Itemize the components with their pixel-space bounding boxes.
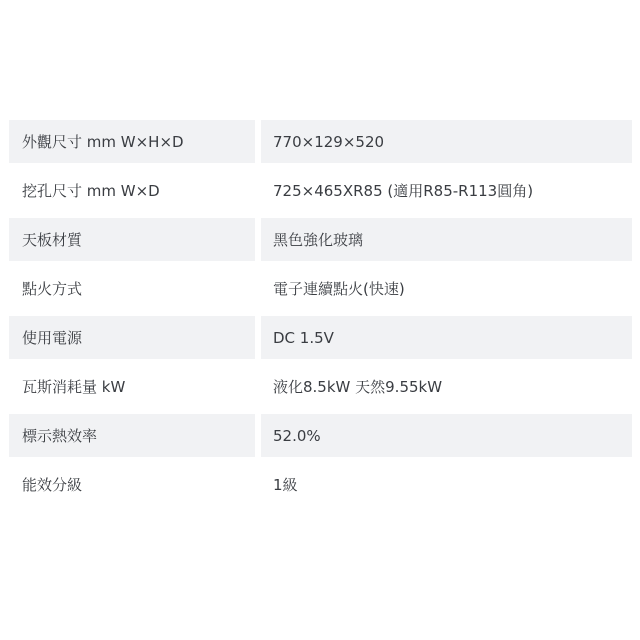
- spec-value: 52.0%: [261, 414, 632, 457]
- spec-label: 使用電源: [9, 316, 255, 359]
- spec-label: 瓦斯消耗量 kW: [9, 365, 255, 408]
- spec-table: 外觀尺寸 mm W×H×D 770×129×520 挖孔尺寸 mm W×D 72…: [9, 120, 632, 512]
- spec-value: 黑色強化玻璃: [261, 218, 632, 261]
- spec-row-gas-consumption: 瓦斯消耗量 kW 液化8.5kW 天然9.55kW: [9, 365, 632, 408]
- spec-row-top-material: 天板材質 黑色強化玻璃: [9, 218, 632, 261]
- spec-value: 725×465XR85 (適用R85-R113圓角): [261, 169, 632, 212]
- spec-label: 外觀尺寸 mm W×H×D: [9, 120, 255, 163]
- spec-row-cutout: 挖孔尺寸 mm W×D 725×465XR85 (適用R85-R113圓角): [9, 169, 632, 212]
- spec-value: 770×129×520: [261, 120, 632, 163]
- spec-row-energy-grade: 能效分級 1級: [9, 463, 632, 506]
- spec-row-thermal-efficiency: 標示熱效率 52.0%: [9, 414, 632, 457]
- spec-label: 天板材質: [9, 218, 255, 261]
- spec-row-power: 使用電源 DC 1.5V: [9, 316, 632, 359]
- spec-value: DC 1.5V: [261, 316, 632, 359]
- spec-value: 1級: [261, 463, 632, 506]
- spec-value: 液化8.5kW 天然9.55kW: [261, 365, 632, 408]
- spec-row-dimensions: 外觀尺寸 mm W×H×D 770×129×520: [9, 120, 632, 163]
- spec-label: 能效分級: [9, 463, 255, 506]
- spec-row-ignition: 點火方式 電子連續點火(快速): [9, 267, 632, 310]
- spec-label: 標示熱效率: [9, 414, 255, 457]
- spec-value: 電子連續點火(快速): [261, 267, 632, 310]
- spec-label: 挖孔尺寸 mm W×D: [9, 169, 255, 212]
- spec-label: 點火方式: [9, 267, 255, 310]
